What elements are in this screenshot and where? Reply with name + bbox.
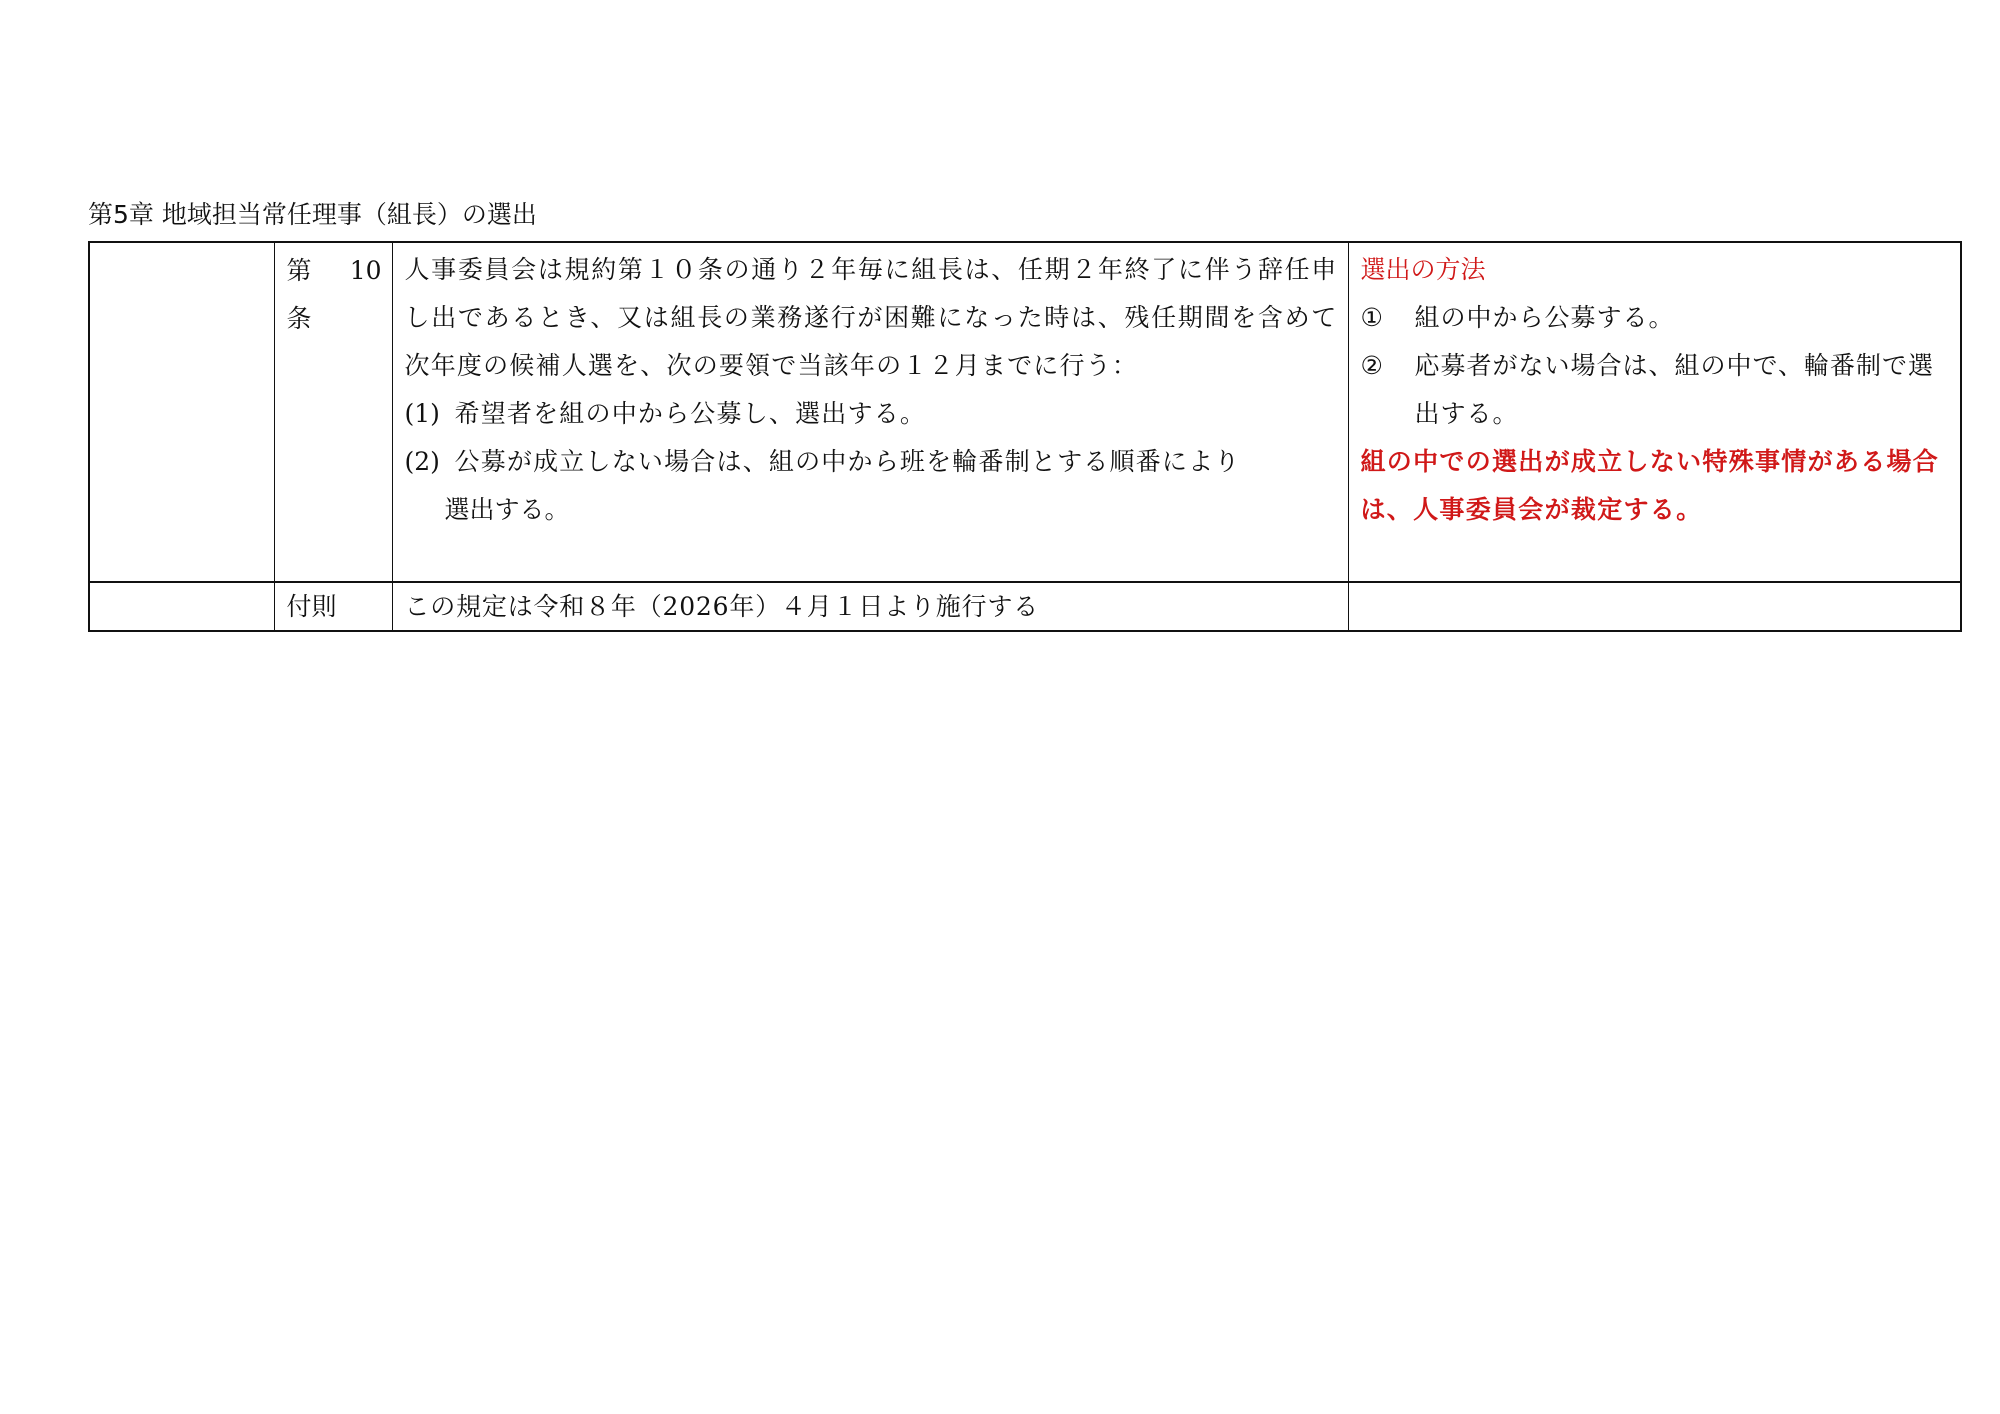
note-item-text: 組の中から公募する。 [1415,294,1951,342]
supplementary-text: この規定は令和８年（2026年）４月１日より施行する [392,582,1348,631]
note-special-case: 組の中での選出が成立しない特殊事情がある場合は、人事委員会が裁定する。 [1361,438,1951,534]
empty-section-cell [89,242,274,582]
item-text: 希望者を組の中から公募し、選出する。 [455,390,1338,438]
empty-note-cell [1348,582,1961,631]
article-number: 10 [350,247,382,295]
note-heading: 選出の方法 [1361,246,1951,294]
note-item-1: ① 組の中から公募する。 [1361,294,1951,342]
item-number: (2) [405,438,455,486]
article-paragraph: 人事委員会は規約第１０条の通り２年毎に組長は、任期２年終了に伴う辞任申し出である… [405,246,1338,390]
circled-number-1: ① [1361,294,1415,342]
article-suffix: 条 [287,295,382,343]
article-prefix: 第 [287,247,312,295]
article-item-1: (1) 希望者を組の中から公募し、選出する。 [405,390,1338,438]
supplementary-label: 付則 [274,582,392,631]
table-row-supplementary: 付則 この規定は令和８年（2026年）４月１日より施行する [89,582,1961,631]
item-text: 公募が成立しない場合は、組の中から班を輪番制とする順番により [455,438,1338,486]
regulation-table: 第 10 条 人事委員会は規約第１０条の通り２年毎に組長は、任期２年終了に伴う辞… [88,241,1962,632]
article-item-2-continuation: 選出する。 [405,486,1338,534]
article-body-cell: 人事委員会は規約第１０条の通り２年毎に組長は、任期２年終了に伴う辞任申し出である… [392,242,1348,582]
item-number: (1) [405,390,455,438]
circled-number-2: ② [1361,342,1415,438]
article-number-cell: 第 10 条 [274,242,392,582]
table-row-article-10: 第 10 条 人事委員会は規約第１０条の通り２年毎に組長は、任期２年終了に伴う辞… [89,242,1961,582]
note-cell: 選出の方法 ① 組の中から公募する。 ② 応募者がない場合は、組の中で、輪番制で… [1348,242,1961,582]
note-item-text: 応募者がない場合は、組の中で、輪番制で選出する。 [1415,342,1951,438]
note-item-2: ② 応募者がない場合は、組の中で、輪番制で選出する。 [1361,342,1951,438]
empty-section-cell [89,582,274,631]
chapter-title: 第5章 地域担当常任理事（組長）の選出 [88,198,537,232]
article-item-2: (2) 公募が成立しない場合は、組の中から班を輪番制とする順番により [405,438,1338,486]
